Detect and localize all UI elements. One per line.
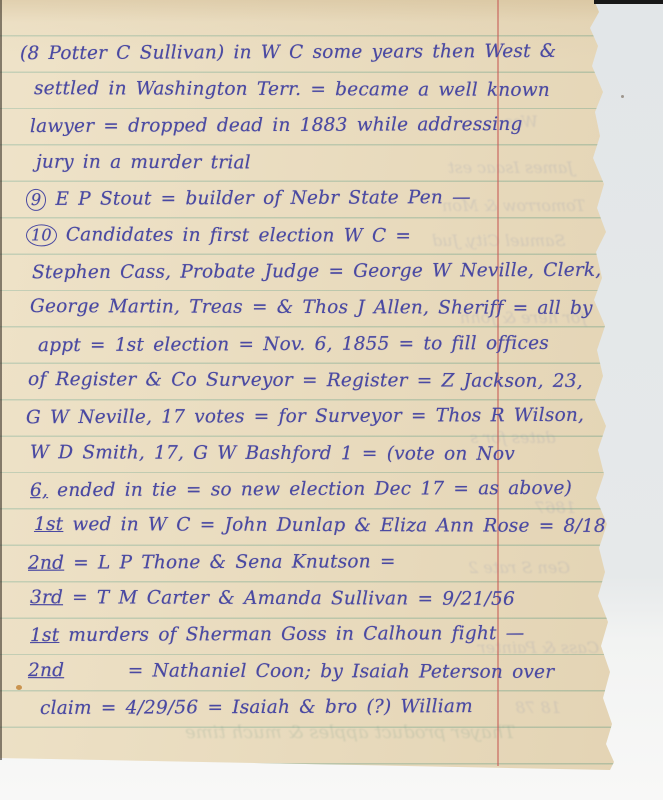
line-text: murders of Sherman Goss in Calhoun fight…	[59, 623, 524, 646]
bleed-through-text: Gen S rate 2	[468, 558, 570, 577]
handwriting-line: 2nd = L P Thone & Sena Knutson =	[28, 547, 396, 579]
scanned-page: Wes James Isaac est Tomorrow & Mon Samue…	[0, 0, 663, 800]
line-text: G W Neville, 17 votes = for Surveyor = T…	[26, 405, 584, 428]
line-prefix: 3rd	[30, 587, 63, 608]
handwriting-line: W D Smith, 17, G W Bashford 1 = (vote on…	[30, 438, 515, 470]
handwriting-line: 6, ended in tie = so new election Dec 17…	[30, 474, 572, 506]
line-prefix: 2nd	[28, 553, 64, 574]
circled-number: 9	[26, 189, 46, 211]
circled-number: 10	[26, 224, 57, 246]
line-prefix: 2nd	[28, 660, 64, 681]
paper-stain	[16, 685, 22, 690]
line-prefix: 6,	[30, 480, 48, 501]
line-text: = L P Thone & Sena Knutson =	[64, 551, 396, 573]
scanner-edge-shadow	[0, 0, 2, 760]
line-text: W D Smith, 17, G W Bashford 1 = (vote on…	[30, 442, 515, 465]
line-text: (8 Potter C Sullivan) in W C some years …	[20, 41, 557, 64]
handwriting-line: claim = 4/29/56 = Isaiah & bro (?) Willi…	[40, 692, 473, 724]
background-speck	[621, 95, 624, 98]
line-text: lawyer = dropped dead in 1883 while addr…	[30, 114, 523, 137]
handwriting-line: Stephen Cass, Probate Judge = George W N…	[32, 256, 601, 288]
handwriting-line: (8 Potter C Sullivan) in W C some years …	[20, 37, 557, 69]
line-text: jury in a murder trial	[36, 152, 251, 174]
handwriting-line: 2nd = Nathaniel Coon; by Isaiah Peterson…	[28, 656, 554, 688]
line-text: Stephen Cass, Probate Judge = George W N…	[32, 260, 601, 283]
line-text: George Martin, Treas = & Thos J Allen, S…	[30, 296, 593, 319]
scanner-black-strip	[594, 0, 663, 4]
bleed-through-text: 18 78	[515, 698, 561, 717]
handwriting-line: George Martin, Treas = & Thos J Allen, S…	[30, 292, 593, 324]
handwriting-line: lawyer = dropped dead in 1883 while addr…	[30, 110, 523, 142]
line-text: Candidates in first election W C =	[57, 224, 411, 246]
bleed-through-text: Thayer product apples & much time	[185, 722, 515, 743]
line-prefix: 1st	[34, 514, 63, 535]
handwriting-line: jury in a murder trial	[36, 148, 251, 179]
handwriting-line: G W Neville, 17 votes = for Surveyor = T…	[26, 401, 584, 433]
line-text: claim = 4/29/56 = Isaiah & bro (?) Willi…	[40, 696, 473, 719]
handwriting-line: 3rd = T M Carter & Amanda Sullivan = 9/2…	[30, 583, 515, 615]
handwriting-line: 10 Candidates in first election W C =	[26, 220, 411, 251]
line-prefix: 1st	[30, 625, 59, 646]
line-text: wed in W C = John Dunlap & Eliza Ann Ros…	[63, 514, 636, 537]
handwriting-line: 1st murders of Sherman Goss in Calhoun f…	[30, 619, 525, 651]
line-text: appt = 1st election = Nov. 6, 1855 = to …	[38, 333, 549, 356]
line-text: of Register & Co Surveyor = Register = Z…	[28, 369, 583, 392]
line-text: settled in Washington Terr. = became a w…	[34, 78, 550, 101]
handwriting-line: 1st wed in W C = John Dunlap & Eliza Ann…	[34, 510, 636, 542]
line-text: = Nathaniel Coon; by Isaiah Peterson ove…	[64, 660, 554, 683]
paper-page: Wes James Isaac est Tomorrow & Mon Samue…	[0, 0, 663, 800]
line-text: ended in tie = so new election Dec 17 = …	[48, 478, 572, 501]
line-text: E P Stout = builder of Nebr State Pen —	[46, 187, 470, 210]
handwriting-line: appt = 1st election = Nov. 6, 1855 = to …	[38, 329, 549, 361]
handwriting-line: 9 E P Stout = builder of Nebr State Pen …	[26, 183, 471, 215]
line-text: = T M Carter & Amanda Sullivan = 9/21/56	[63, 587, 515, 610]
handwriting-line: of Register & Co Surveyor = Register = Z…	[28, 365, 583, 397]
bleed-through-text: James Isaac est	[448, 158, 574, 177]
handwriting-line: settled in Washington Terr. = became a w…	[34, 74, 550, 106]
